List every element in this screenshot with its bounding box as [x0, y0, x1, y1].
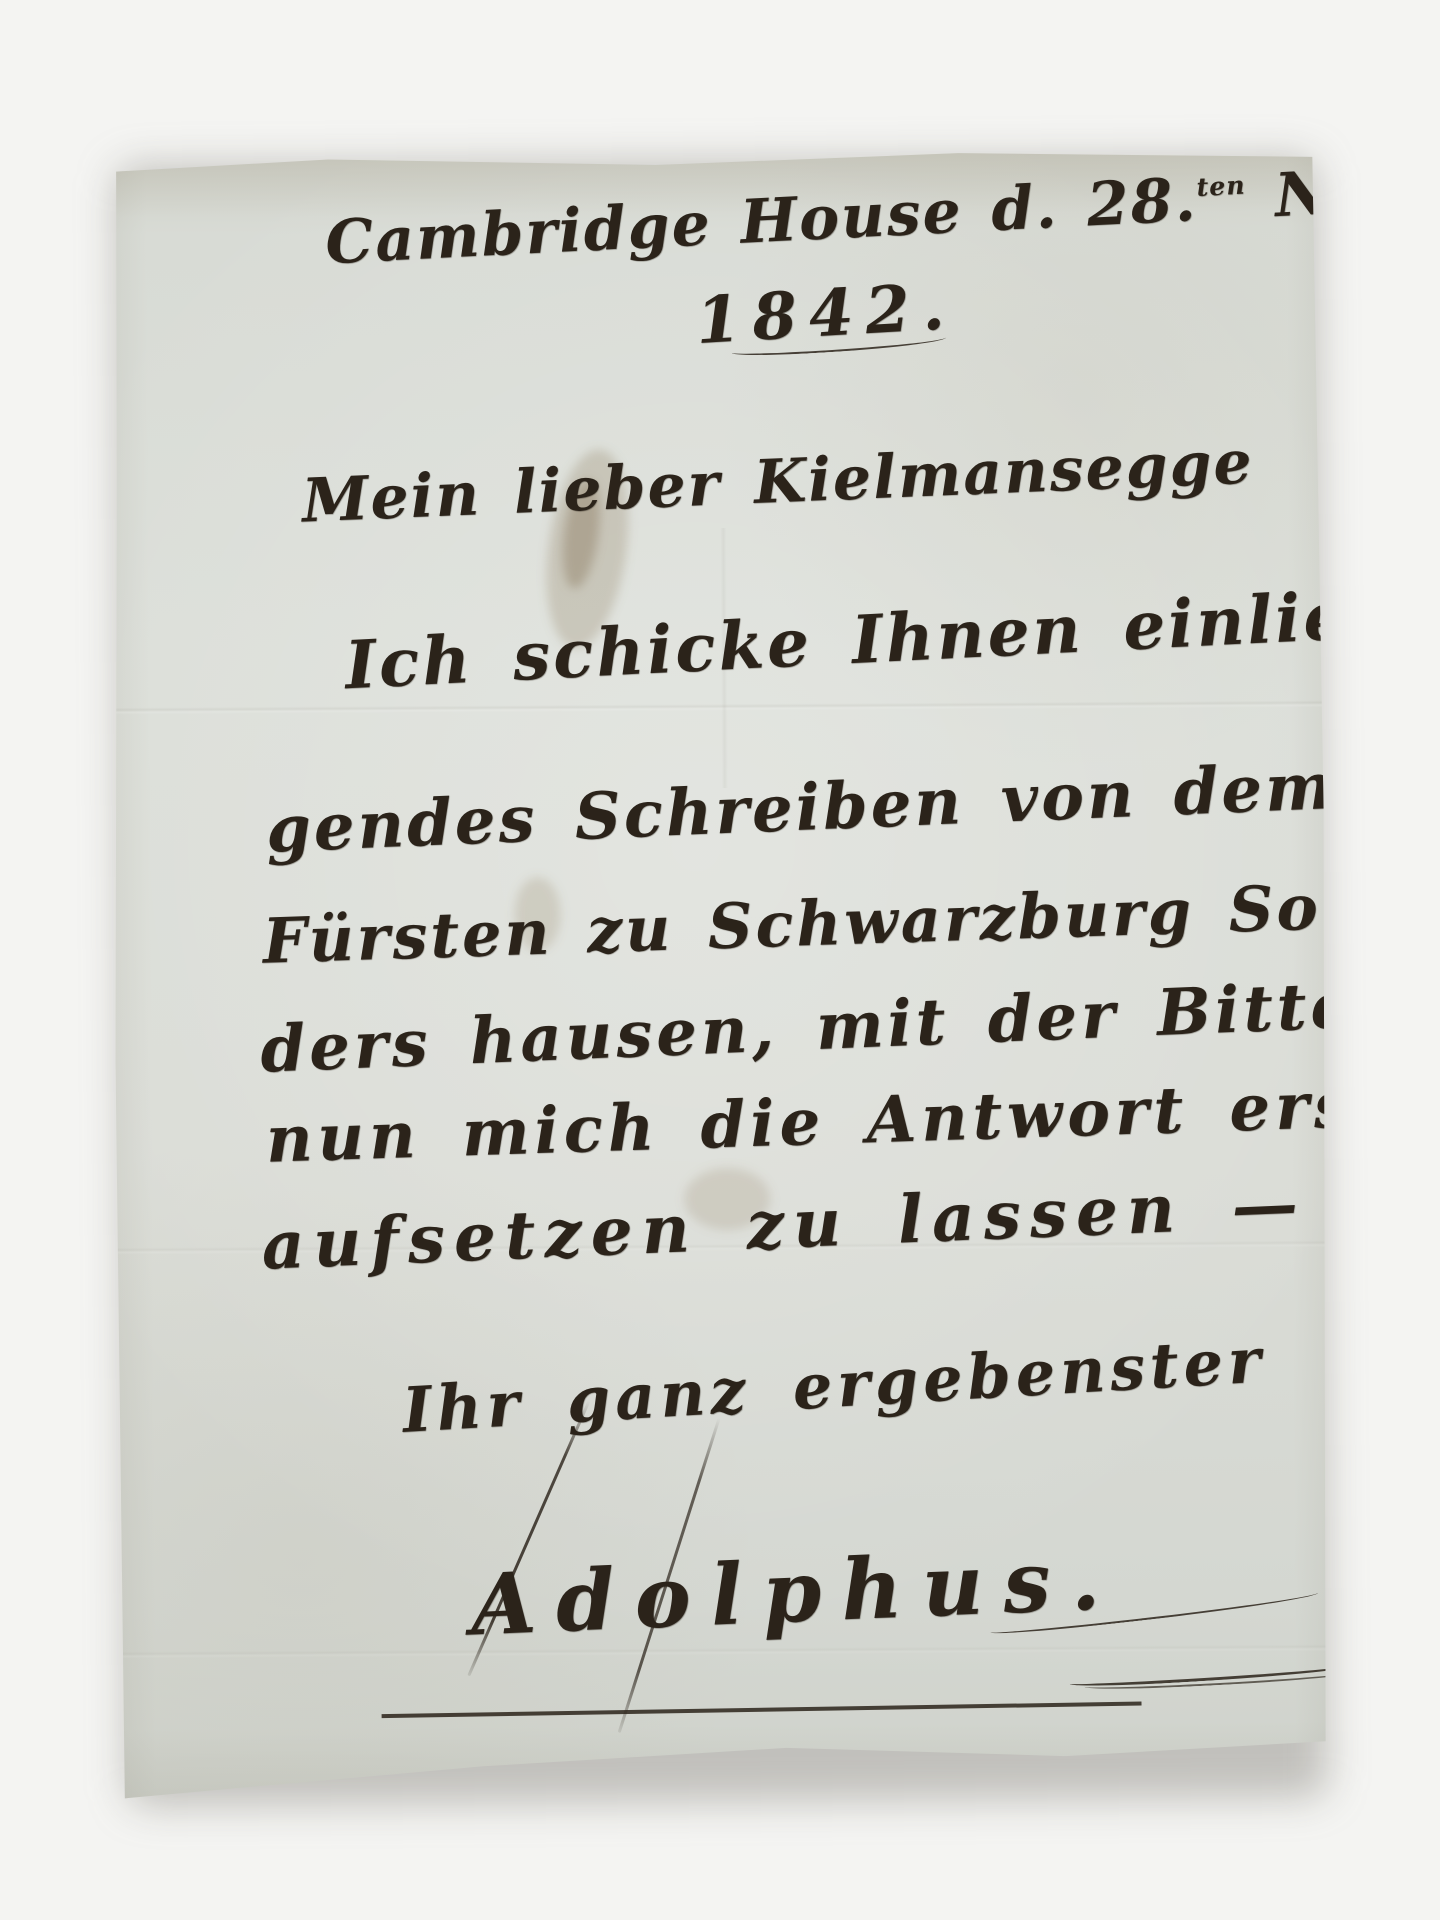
fold-crease [113, 700, 1325, 714]
body-line: Ich schicke Ihnen einlie – [343, 573, 1426, 705]
signature: Adolphus. [469, 1529, 1122, 1655]
dateline-superscript-ten: ten [1196, 170, 1246, 202]
dateline: Cambridge House d. 28.ten Novm. [324, 152, 1440, 278]
dateline-superscript-m: m [1409, 160, 1438, 191]
closing-line: Ihr ganz ergebenster [401, 1324, 1268, 1447]
body-line: aufsetzen zu lassen — [260, 1164, 1308, 1285]
letter-paper: Cambridge House d. 28.ten Novm. 1842. Me… [110, 144, 1332, 1811]
salutation-line: Mein lieber Kielmansegge [301, 428, 1255, 537]
dateline-month: Nov [1273, 154, 1412, 231]
photo-backdrop: Cambridge House d. 28.ten Novm. 1842. Me… [0, 0, 1440, 1920]
body-line: gendes Schreiben von dem [265, 749, 1338, 868]
dateline-period: . [1436, 152, 1440, 223]
body-line: Fürsten zu Schwarzburg Son- [262, 868, 1399, 978]
signature-underline [381, 1681, 1141, 1718]
body-line: ders hausen, mit der Bitte [259, 968, 1357, 1088]
body-line: nun mich die Antwort erst [265, 1067, 1391, 1178]
dateline-place-day: Cambridge House d. 28. [324, 165, 1199, 278]
